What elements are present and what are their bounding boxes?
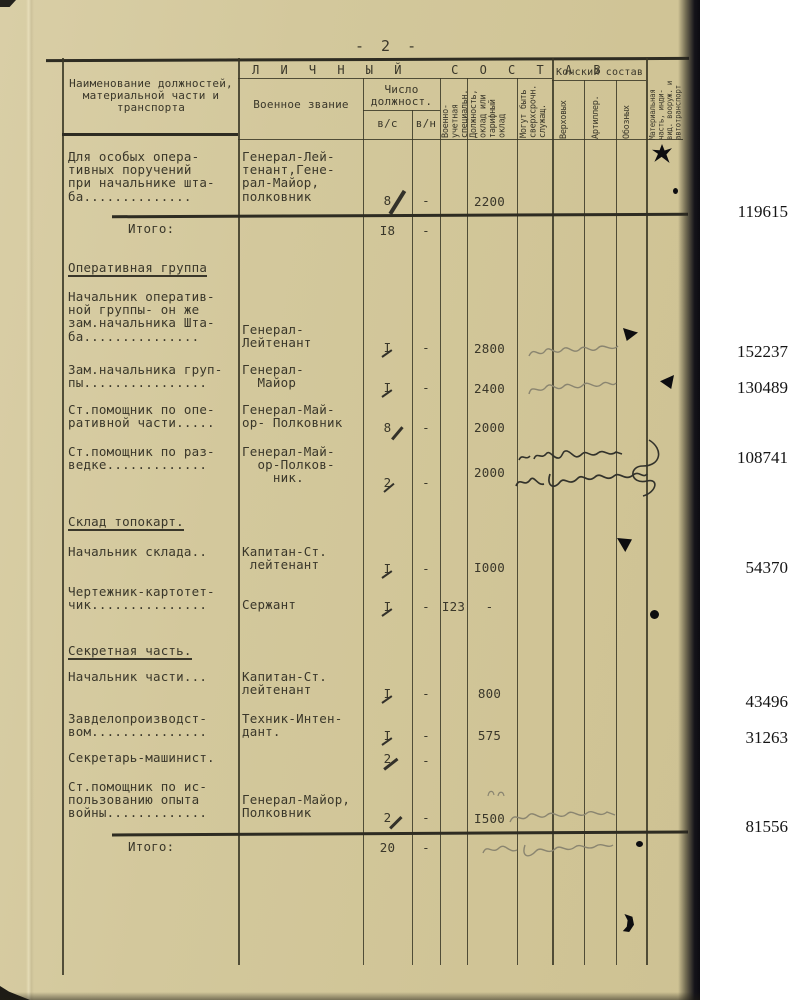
- header-wagon-column: Обозных: [623, 83, 641, 139]
- header-rank-column: Военное звание: [242, 99, 360, 111]
- header-personnel-group: Л И Ч Н Ы Й С О С Т А В: [252, 64, 608, 77]
- table-left-border: [62, 58, 64, 975]
- margin-number: 152237: [702, 342, 788, 362]
- row-salary: I000: [467, 561, 512, 574]
- row-vus-code: I23: [440, 600, 467, 613]
- header-rule: [552, 80, 646, 81]
- row-position: Ст.помощник по опе- ративной части.....: [68, 403, 215, 429]
- row-rank: Капитан-Ст. лейтенант: [242, 545, 327, 571]
- row-rank: Техник-Интен- дант.: [242, 712, 342, 738]
- row-rank: Капитан-Ст. лейтенант: [242, 670, 327, 696]
- row-count-vn: -: [412, 341, 440, 354]
- row-count-vn: -: [412, 600, 440, 613]
- row-rank: Генерал-Май- ор-Полков- ник.: [242, 445, 335, 485]
- header-extended-service-column: Могут быть сверхсрочн. служащ.: [520, 81, 551, 138]
- header-riding-column: Верховых: [560, 83, 578, 139]
- header-count-group: Число должност.: [364, 84, 439, 108]
- page-number: - 2 -: [355, 40, 420, 53]
- row-count-vn: -: [412, 811, 440, 824]
- handwritten-signature: [507, 804, 619, 830]
- ink-speck: [636, 841, 643, 847]
- row-position: Начальник склада..: [68, 545, 207, 558]
- row-position: Начальник оператив- ной группы- он же за…: [68, 290, 215, 343]
- total-count-vs: 20: [363, 841, 412, 854]
- margin-number: 43496: [702, 692, 788, 712]
- header-vus-column: Военно- учетная специальн.: [442, 81, 467, 138]
- row-count-vn: -: [412, 754, 440, 767]
- row-count-vn: -: [412, 687, 440, 700]
- total-count-vn: -: [412, 841, 440, 854]
- total-label: Итого:: [128, 840, 174, 853]
- row-count-vs: 8: [363, 194, 412, 207]
- row-position: Начальник части...: [68, 670, 207, 683]
- section-heading: Секретная часть.: [68, 644, 192, 660]
- header-bottom-rule: [238, 139, 683, 140]
- handwritten-flourish: [621, 437, 669, 499]
- header-count-vn: в/н: [412, 118, 440, 130]
- margin-number: 119615: [702, 202, 788, 222]
- document-scan: - 2 - Наименование должностей, материаль…: [0, 0, 800, 1000]
- row-position: Ст.помощник по ис- пользованию опыта вой…: [68, 780, 207, 820]
- row-position: Завделопроизводст- вом...............: [68, 712, 207, 738]
- row-salary: 2800: [467, 342, 512, 355]
- row-salary: 2000: [467, 421, 512, 434]
- row-rank: Генерал-Май- ор- Полковник: [242, 403, 342, 429]
- header-bottom-rule: [62, 133, 238, 136]
- row-count-vn: -: [412, 421, 440, 434]
- row-count-vn: -: [412, 194, 440, 207]
- header-artillery-column: Артиллер.: [592, 83, 610, 139]
- row-position: Секретарь-машинист.: [68, 751, 215, 764]
- header-rule: [363, 110, 440, 111]
- col-line: [412, 110, 413, 965]
- row-salary: -: [467, 600, 512, 613]
- handwritten-signature: [526, 376, 618, 400]
- row-count-vn: -: [412, 562, 440, 575]
- row-salary: 2400: [467, 382, 512, 395]
- handwritten-mark: [485, 787, 507, 799]
- row-count-vn: -: [412, 381, 440, 394]
- row-salary: 2200: [467, 195, 512, 208]
- row-rank: Генерал-Майор, Полковник: [242, 793, 350, 819]
- row-count-vs: 8: [363, 421, 412, 434]
- row-rank: Генерал- Лейтенант: [242, 323, 312, 349]
- row-rank: Сержант: [242, 598, 296, 611]
- header-rule: [238, 78, 552, 79]
- row-position: Ст.помощник по раз- ведке.............: [68, 445, 215, 471]
- header-horses-group: Конский состав: [556, 66, 643, 79]
- row-position: Зам.начальника груп- пы................: [68, 363, 223, 389]
- row-salary: 575: [467, 729, 512, 742]
- section-heading: Склад топокарт.: [68, 515, 184, 531]
- handwritten-signature: [481, 837, 615, 861]
- col-line: [646, 58, 648, 965]
- header-name-column: Наименование должностей, материальной ча…: [68, 78, 234, 114]
- row-count-vn: -: [412, 476, 440, 489]
- page-bottom-shadow: [0, 992, 700, 1000]
- margin-number: 31263: [702, 728, 788, 748]
- col-line: [238, 58, 240, 965]
- header-salary-column: Должность, оклад или тарифный оклад: [470, 81, 514, 138]
- paper-crease: [26, 0, 34, 1000]
- row-count-vn: -: [412, 729, 440, 742]
- row-count-vs: 2: [363, 811, 412, 824]
- header-material-column: Материальная часть, инди- вид. вооруж. и…: [649, 62, 681, 140]
- handwritten-signature: [517, 445, 625, 467]
- total-label: Итого:: [128, 222, 174, 235]
- handwritten-signature: [527, 340, 621, 364]
- total-count-vn: -: [412, 224, 440, 237]
- row-rank: Генерал-Лей- тенант,Гене- рал-Майор, пол…: [242, 150, 335, 203]
- section-heading: Оперативная группа: [68, 261, 207, 277]
- margin-number: 54370: [702, 558, 788, 578]
- row-rank: Генерал- Майор: [242, 363, 304, 389]
- ink-blot-dot: [650, 610, 659, 619]
- margin-number: 108741: [702, 448, 788, 468]
- margin-number: 130489: [702, 378, 788, 398]
- page-shadow-edge: [678, 0, 700, 1000]
- total-count-vs: I8: [363, 224, 412, 237]
- row-salary: 2000: [467, 466, 512, 479]
- row-salary: I500: [467, 812, 512, 825]
- margin-number: 81556: [702, 817, 788, 837]
- row-position: Чертежник-картотет- чик...............: [68, 585, 215, 611]
- row-salary: 800: [467, 687, 512, 700]
- row-position: Для особых опера- тивных поручений при н…: [68, 150, 215, 203]
- header-count-vs: в/с: [363, 118, 412, 130]
